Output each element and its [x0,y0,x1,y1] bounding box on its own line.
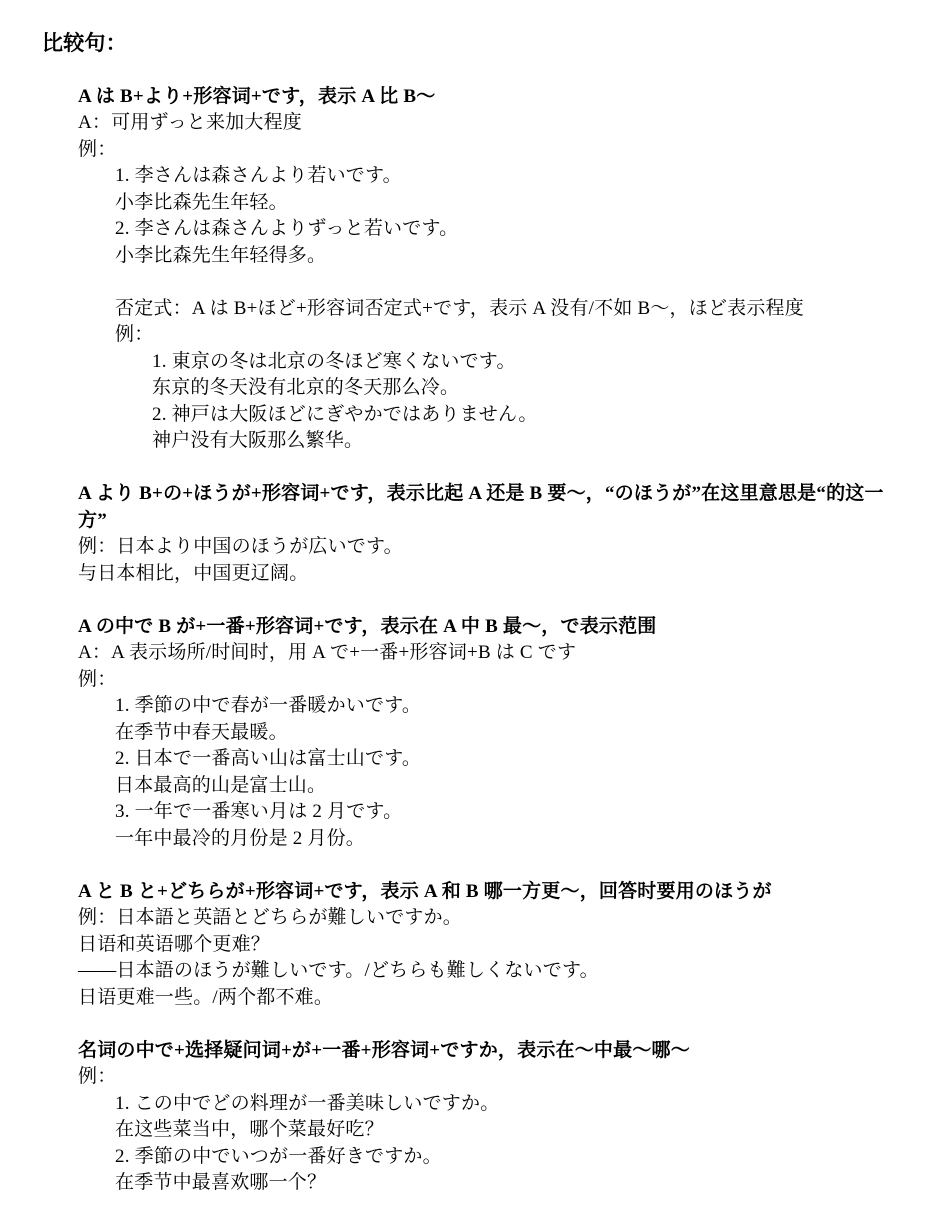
section-interrogative-ichiban: 名词の中で+选择疑问词+が+一番+形容词+ですか，表示在～中最～哪～ 例： 1.… [42,1038,906,1197]
example-translation-cn: 日本最高的山是富士山。 [115,773,906,800]
document-page: 比较句： A は B+より+形容词+です，表示 A 比 B～ A：可用ずっと来加… [0,0,942,1222]
example-sentence-jp: 3. 一年で一番寒い月は 2 月です。 [115,799,906,826]
grammar-heading: 名词の中で+选择疑问词+が+一番+形容词+ですか，表示在～中最～哪～ [78,1038,906,1065]
example-translation-cn: 小李比森先生年轻得多。 [115,243,906,270]
example-sentence-jp: 2. 日本で一番高い山は富士山です。 [115,746,906,773]
example-sentence-jp: 1. 東京の冬は北京の冬ほど寒くないです。 [152,349,906,376]
example-sentence-jp: 1. この中でどの料理が一番美味しいですか。 [115,1091,906,1118]
example-sentence-jp: 1. 季節の中で春が一番暖かいです。 [115,693,906,720]
section-wa-yori: A は B+より+形容词+です，表示 A 比 B～ A：可用ずっと来加大程度 例… [42,84,906,455]
example-translation-cn: 一年中最冷的月份是 2 月份。 [115,826,906,853]
grammar-heading: A は B+より+形容词+です，表示 A 比 B～ [78,84,906,111]
example-sentence-jp: 例：日本より中国のほうが広いです。 [78,534,906,561]
grammar-note: A：可用ずっと来加大程度 [78,110,906,137]
example-translation-cn: 在季节中最喜欢哪一个？ [115,1170,906,1197]
grammar-heading: A と B と+どちらが+形容词+です，表示 A 和 B 哪一方更～，回答时要用… [78,879,906,906]
examples-label: 例： [78,667,906,694]
example-translation-cn: 东京的冬天没有北京的冬天那么冷。 [152,375,906,402]
section-no-houga: A より B+の+ほうが+形容词+です，表示比起 A 还是 B 要～，“のほうが… [42,481,906,587]
example-sentence-jp: 1. 李さんは森さんより若いです。 [115,163,906,190]
negative-form-block: 否定式：A は B+ほど+形容词否定式+です，表示 A 没有/不如 B～，ほど表… [42,296,906,455]
example-sentence-jp: 2. 季節の中でいつが一番好きですか。 [115,1144,906,1171]
example-answer-cn: 日语更难一些。/两个都不难。 [78,985,906,1012]
example-sentence-jp: 2. 李さんは森さんよりずっと若いです。 [115,216,906,243]
examples-label: 例： [115,322,906,349]
examples-label: 例： [78,137,906,164]
section-ichiban: A の中で B が+一番+形容词+です，表示在 A 中 B 最～，で表示范围 A… [42,614,906,853]
example-sentence-jp: 2. 神戸は大阪ほどにぎやかではありません。 [152,402,906,429]
section-dochira: A と B と+どちらが+形容词+です，表示 A 和 B 哪一方更～，回答时要用… [42,879,906,1012]
example-answer-jp: ——日本語のほうが難しいです。/どちらも難しくないです。 [78,958,906,985]
example-translation-cn: 小李比森先生年轻。 [115,190,906,217]
example-translation-cn: 神户没有大阪那么繁华。 [152,428,906,455]
example-translation-cn: 与日本相比，中国更辽阔。 [78,561,906,588]
grammar-note: A：A 表示场所/时间时，用 A で+一番+形容词+B は C です [78,640,906,667]
grammar-heading: A より B+の+ほうが+形容词+です，表示比起 A 还是 B 要～，“のほうが… [78,481,906,534]
example-translation-cn: 在季节中春天最暖。 [115,720,906,747]
grammar-heading: A の中で B が+一番+形容词+です，表示在 A 中 B 最～，で表示范围 [78,614,906,641]
example-translation-cn: 在这些菜当中，哪个菜最好吃？ [115,1117,906,1144]
negative-form-heading: 否定式：A は B+ほど+形容词否定式+です，表示 A 没有/不如 B～，ほど表… [115,296,906,323]
page-title: 比较句： [42,30,906,57]
example-sentence-jp: 例：日本語と英語とどちらが難しいですか。 [78,905,906,932]
examples-label: 例： [78,1064,906,1091]
example-translation-cn: 日语和英语哪个更难？ [78,932,906,959]
